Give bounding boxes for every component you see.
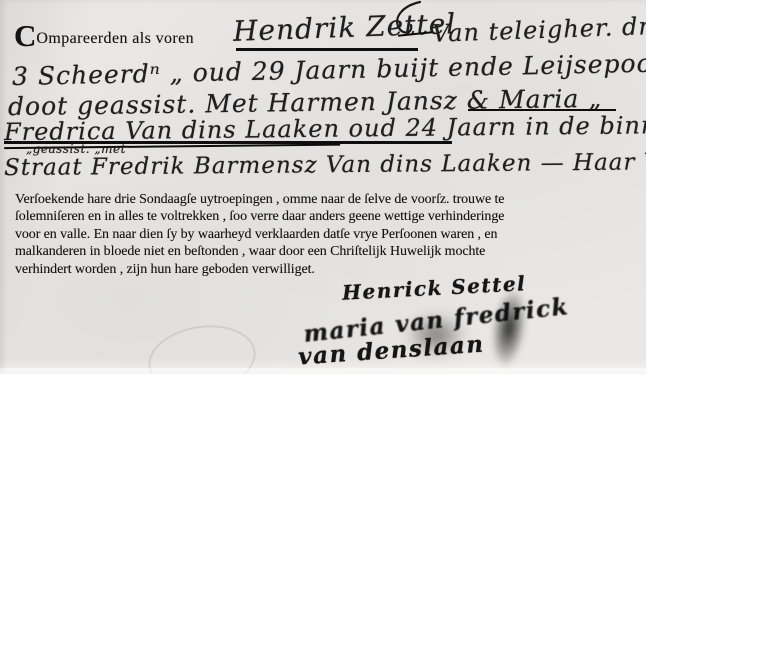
form-rule-1 [236,48,418,51]
scanned-marriage-banns-record: COmpareerden als voren Hendrik Zettel Va… [0,0,646,374]
paragraph-line-1: Verſoekende hare drie Sondaagſe uytroepi… [15,191,600,208]
handwritten-groom-name: Hendrik Zettel [232,7,456,48]
handwritten-line-4-rest: oud 24 Jaarn in de binnen Linden [340,110,646,143]
paragraph-line-3: voor en valle. En naar dien ſy by waarhe… [15,226,600,243]
faint-pencil-mark [144,318,261,374]
paragraph-line-4: malkanderen in bloede niet en beſtonden … [15,243,600,260]
printed-paragraph: Verſoekende hare drie Sondaagſe uytroepi… [15,191,600,278]
form-rule-2 [468,109,616,111]
form-label-compareerden: COmpareerden als voren [14,22,194,50]
paragraph-line-2: ſolemniſeren en in alles te voltrekken ,… [15,208,600,225]
handwritten-line-5: Straat Fredrik Barmensz Van dins Laaken … [4,149,646,181]
form-label-initial: C [14,18,36,53]
handwritten-groom-origin: Van teleigher. droog. [432,10,646,48]
form-label-rest: Ompareerden als voren [36,30,194,47]
page: COmpareerden als voren Hendrik Zettel Va… [0,0,759,656]
